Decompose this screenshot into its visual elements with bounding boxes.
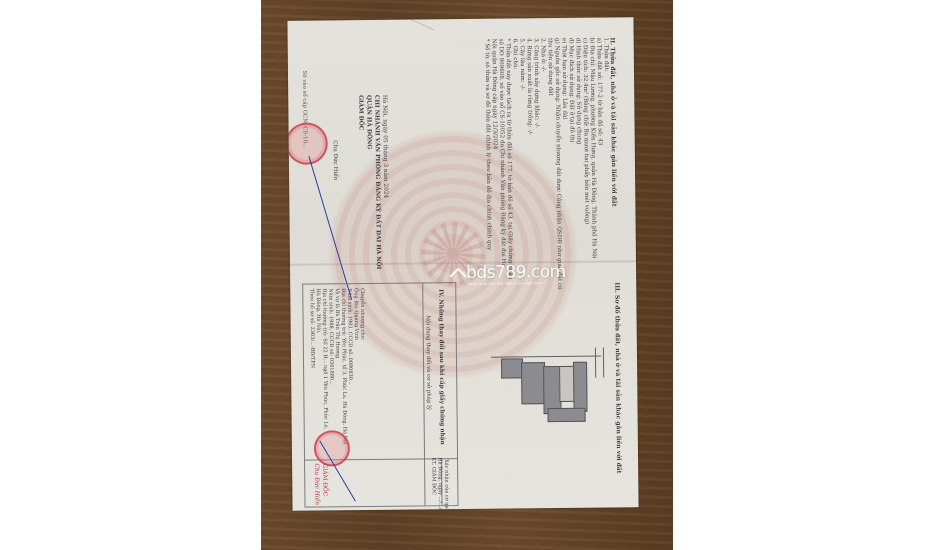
director-role: GIÁM ĐỐC [320,463,328,505]
col-content-header: Nội dung thay đổi và cơ sở pháp lý [424,315,432,410]
watermark-brand: bds789.com [466,263,566,282]
plot-parcel [573,362,588,412]
confirm-line: Hà Đông, ngày .../.../2024 [436,457,443,511]
handwritten-mark [401,17,434,41]
house-icon [451,266,465,280]
confirm-block: Hà Đông, ngày .../.../2024 KT. GIÁM ĐỐC [430,457,443,511]
document-photo: II. Thửa đất, nhà ở và tài sản khác gắn … [261,0,673,550]
section-2-land-details: II. Thửa đất, nhà ở và tài sản khác gắn … [483,37,619,290]
plot-parcel [501,358,523,378]
map-boundary [603,348,604,378]
issuer-signoff: Hà Nội, ngày 05 tháng 3 năm 2024 CHI NHÁ… [356,95,390,270]
plot-parcel [521,362,545,404]
transfer-record: Chuyển nhượng cho: Ông Bùi Quang Vinh Nă… [308,288,366,445]
map-boundary [491,356,601,358]
bds789-watermark: bds789.com kênh mua bán bất động sản việ… [451,263,566,286]
signer-name: Chu Đức Hiển [331,140,338,180]
transfer-line: Địa chỉ thường trú: Yên Phúc, tổ 3, Phúc… [340,288,348,444]
plot-parcel [548,408,586,422]
land-certificate-paper: II. Thửa đất, nhà ở và tài sản khác gắn … [287,17,638,511]
issue-register-note: Số vào sổ cấp GCN: CS-10... [300,71,308,149]
map-boundary [595,348,596,378]
director-signature: Chu Đức Hiển [312,464,320,506]
land-plot-diagram [491,347,622,438]
director-signature-block: GIÁM ĐỐC Chu Đức Hiển [312,463,328,505]
